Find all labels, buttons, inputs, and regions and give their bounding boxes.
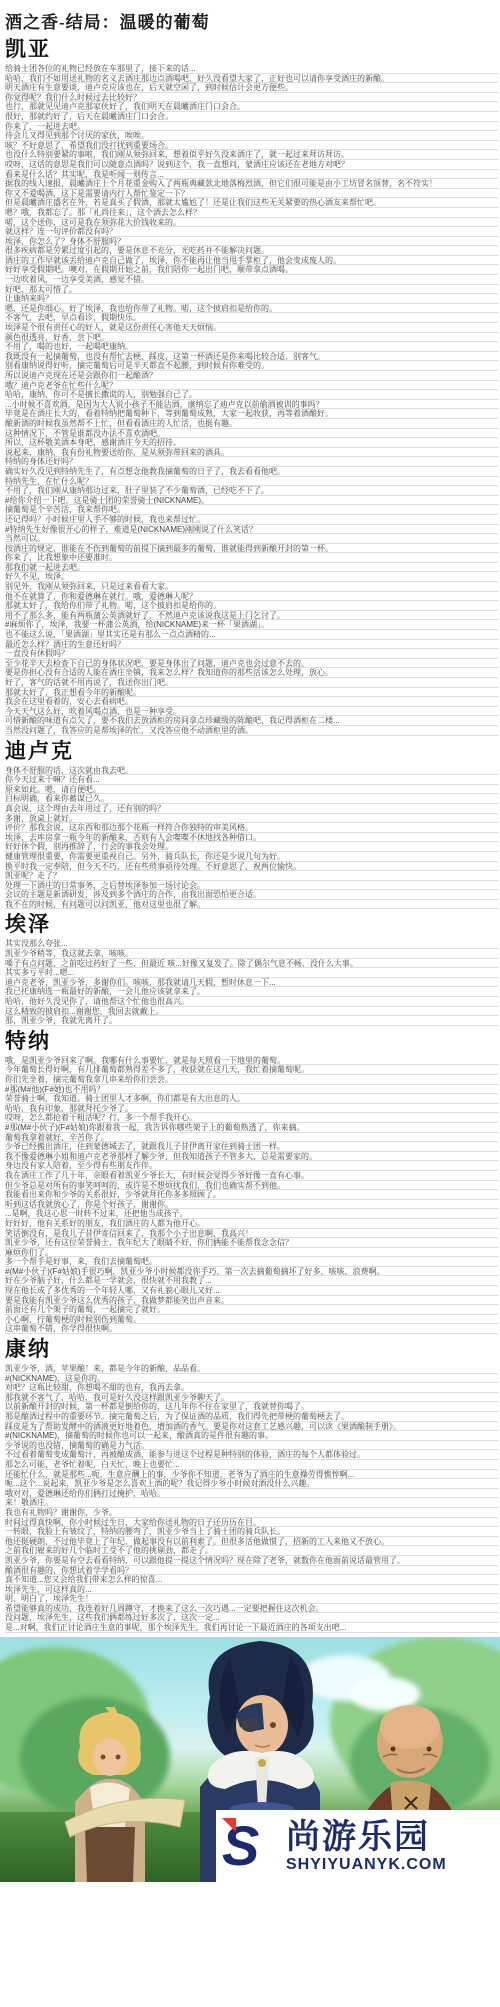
dialogue-line: 荣誉骑士啊，我知道。骑士团里人才多啊，你们都是有大出息的人。 [5, 1094, 498, 1104]
dialogue-line: 这串葡萄不错，你学得很快啊。 [5, 1324, 498, 1334]
dialogue-line: 要是你担心没有合适的人能在酒庄坐镇，我来怎么样？我知道你的那些活该怎么处理，放心… [5, 668, 498, 678]
dialogue-line: 评价？那我会说，这东西和那边那个花瓶一样符合你独特的审美风格。 [5, 823, 498, 833]
dialogue-line: 凯亚少爷，你要是有空去看看特纳，可以跟他提一提这个情况吗？现在除了老爷，就数你在… [5, 1556, 498, 1566]
dialogue-line: 那，凯亚少爷，我就先离开了。 [5, 1016, 498, 1026]
dialogue-line: 我也有礼物吗？谢谢你，少爷。 [5, 1508, 498, 1518]
dialogue-line: 小心啊，拧葡萄梗的时候别伤到葡萄。 [5, 1315, 498, 1325]
dialogue-line: 我不在的时候，有问题可以问凯亚，他对这里也很了解。 [5, 900, 498, 910]
dialogue-line: 嗯，还是你细心。好了埃泽，我也给你带了礼物。喏，这个披肩扣是给你的。 [5, 304, 498, 314]
watermark-domain: SHYIYUANYK.COM [286, 1856, 447, 1874]
dialogue-line: 我能看出来你和少爷的关系很好，少爷就拜托你多多照顾了。 [5, 1190, 498, 1200]
dialogue-line: 酿新酒的时候我虽然帮不上忙，但看看酒庄的人忙活，也挺有趣。 [5, 419, 498, 429]
dialogue-line: 好吧，那太可惜了。 [5, 285, 498, 295]
dialogue-line: 你来了，一起进去吧。 [5, 122, 498, 132]
dialogue-line: 真会说，这个理由去年用过了，还有别的吗？ [5, 804, 498, 814]
dialogue-line: 身边没有家人陪着，至少得有些朋友作伴。 [5, 1161, 498, 1171]
sections: 凯亚给骑士团各位的礼物已经放在车那里了，接下来的话...哈哈，我们不如用送礼物的… [5, 37, 498, 1633]
dialogue-line: 那就太好了，我给你们带了礼物。喏，这个披肩扣是给你的。 [5, 601, 498, 611]
dialogue-line: 明、明白了，埃泽先生！ [5, 1594, 498, 1604]
dialogue-line: 颜色很透亮，好香，尝下吧。 [5, 333, 498, 343]
dialogue-line: #(M#小伙子)(F#姑娘)手很巧啊，凯亚少爷小时候都没你手巧，第一次去摘葡萄摘… [5, 1267, 498, 1277]
dialogue-line: 少爷已经搬出酒庄，住到蒙德城去了，就跟我儿子昔伊离开家住到骑士团一样。 [5, 1142, 498, 1152]
dialogue-line: 一边吹着风，一边享受美酒，感觉不错。 [5, 275, 498, 285]
section-heading: 埃泽 [5, 912, 498, 936]
dialogue-line: 好了，客气的话就不用再说了，我送你出门吧。 [5, 678, 498, 688]
dialogue-line: 我会在这里看着的，安心去看病吧。 [5, 697, 498, 707]
dialogue-line: 其实多亏平时...嗯... [5, 968, 498, 978]
watermark-text: 尚游乐园 SHYIYUANYK.COM [286, 1818, 447, 1874]
dialogue-line: 这么精致的披肩扣...谢谢您，我回去就戴上。 [5, 1007, 498, 1017]
dialogue-line: 哦？迪卢克老爷在忙些什么呢？ [5, 381, 498, 391]
watermark-logo: S [222, 1816, 280, 1876]
logo-accent-triangle [222, 1818, 236, 1832]
dialogue-line: 喏，这个送你，这可是我在须弥花大价钱收来的。 [5, 218, 498, 228]
dialogue-line: #(NICKNAME)，摘葡萄的时候你也可以一起来，酿酒真的是件很有趣的事。 [5, 1431, 498, 1441]
dialogue-line: 所以，这杯敬美酒本身吧，感谢酒庄今天的招待。 [5, 438, 498, 448]
dialogue-line: #(NICKNAME)，这是你的。 [5, 1374, 498, 1384]
dialogue-line: 哈哈，康纳，你可不是擅长撒谎的人，别勉强自己了。 [5, 390, 498, 400]
dialogue-line: 摘葡萄是个辛苦活，我来帮你吧。 [5, 505, 498, 515]
dialogue-line: 不过看着葡萄变成葡萄汁，再被酿成酒，能参与进这个过程是种特别的体验，酒庄的每个人… [5, 1450, 498, 1460]
dialogue-line: 原来如此。嗯，请自便吧。 [5, 785, 498, 795]
dialogue-line: 那是酿酒过程中的重要环节。摘完葡萄之后，为了保证酒的品质，我们得先把带梗的葡萄梗… [5, 1412, 498, 1422]
dialogue-line: 埃泽，去库房拿一瓶今年的新酿来，否则有人会喋喋不休地找各种借口。 [5, 833, 498, 843]
dialogue-line: 那我就不客气了，哈哈，我可是好久没这样跟凯亚少爷聊天了。 [5, 1393, 498, 1403]
dialogue-line: 哎呀，这话的意思是我们可以随意点酒吗？说到这个，我一直想问，蒙酒庄应该还在老地方… [5, 160, 498, 170]
dialogue-line: 特纳先生，在忙什么呢？ [5, 477, 498, 487]
dialogue-line: 哈哈，我们不如用送礼物的名义去酒庄那边点酒喝吧，好久没看望大家了，正好也可以请你… [5, 74, 498, 84]
dialogue-line: 很多疾病都是劳累过度引起的，要是休息不充分，光吃药并不能解决问题。 [5, 246, 498, 256]
dialogue-line: 埃泽先生，可这样真的... [5, 1585, 498, 1595]
dialogue-line: 但是晨曦酒庄盛名在外，若是真买了假酒，那就太尴尬了！还是让我们这些无关紧要的热心… [5, 198, 498, 208]
dialogue-line: 其实没那么夸张... [5, 939, 498, 949]
dialogue-line: 毕竟是在酒庄长大的，看着特纳把葡萄种下，等到葡萄成熟，大家一起收获，再等着酒酿好… [5, 409, 498, 419]
dialogue-line: #麻烦你了，埃泽，我要一杯蒲公英酒，给(NICKNAME)来一杯「果酒湖」。 [5, 620, 498, 630]
dialogue-line: #那(M#他)(F#她)也不用吗？ [5, 1085, 498, 1095]
dialogue-line: 当然可以。 [5, 534, 498, 544]
watermark-brand: 尚游乐园 [286, 1818, 430, 1856]
dialogue-line: 你们先坐着，摘完葡萄我拿几串来给你们尝尝。 [5, 1075, 498, 1085]
dialogue-line: 是...对啊，我们正讨论酒庄生意的事呢，那个埃泽先生，我们再讨论一下最近酒庄的各… [5, 1623, 498, 1633]
dialogue-line: 好在少爷脑子好，什么都是一学就会，很快就不用我教了... [5, 1276, 498, 1286]
dialogue-line: 酿酒很有趣的，你想试着学学看吗？ [5, 1566, 498, 1576]
dialogue-line: 哎呀，怎么都抢着干粗活呢？行，多一个帮手我开心。 [5, 1113, 498, 1123]
dialogue-line: 咳？不好意思了，希望我们没打扰到重要场合。 [5, 141, 498, 151]
dialogue-line: 哦，是凯亚少爷回来了啊。我哪有什么事要忙，就是每天照看一下地里的葡萄。 [5, 1056, 498, 1066]
section-heading: 康纳 [5, 1337, 498, 1361]
dialogue-line: 凯亚少爷，酒，苹果酿！来，都是今年的新酿，品品看。 [5, 1364, 498, 1374]
dialogue-line: 也不能这么说，「果酒湖」里其实还是有那么一点点酒精的... [5, 630, 498, 640]
dialogue-line: 笑话倒没有，是我儿子昔伊寄信回来了，我那个小子出息啊，我高兴！ [5, 1229, 498, 1239]
dialogue-line: 身体不舒服的话，这次就由我去吧。 [5, 766, 498, 776]
dialogue-line: 埃泽是个很有责任心的好人，就是这份责任心害他天天烦恼。 [5, 323, 498, 333]
dialogue-line: 用不了那么多，能有两瓶蒲公英酒就好了，不然迪卢克该说我这是上门乞讨了。 [5, 611, 498, 621]
dialogue-line: 对吧？这瓶比较甜，你想喝不甜的也有，我再去拿。 [5, 1383, 498, 1393]
dialogue-line: 今年葡萄长得好啊，有几排葡萄都熟得差不多了，收获就在这几天，我忙着摘葡萄呢。 [5, 1065, 498, 1075]
dialogue-line: 葡萄我拿着就好，辛苦你了。 [5, 1133, 498, 1143]
dialogue-line: 真不知道...您又会给我们带来怎么样的惊喜... [5, 1575, 498, 1585]
dialogue-line: 当然没问题了，我答应的是帮埃泽的忙，又没答应他不动酒柜里的酒。 [5, 726, 498, 736]
dialogue-line: 多一个帮手是好事，来，我们去摘葡萄吧。 [5, 1257, 498, 1267]
dialogue-line: 也行，那就见见迪卢克那家伙好了，我们明天在晨曦酒庄门口会合。 [5, 102, 498, 112]
dialogue-line: 前面还有几个架子的葡萄，一起摘完了就好。 [5, 1305, 498, 1315]
section-heading: 特纳 [5, 1029, 498, 1053]
dialogue-line: 换平时我一定奉陪，但今天不巧，还有些琐事亟待处理。不好意思了，祝两位愉快。 [5, 862, 498, 872]
dialogue-line: 据我的线人速报，晨曦酒庄上个月花重金购入了两瓶典藏款北地落梅烈酒，但它们很可能是… [5, 179, 498, 189]
dialogue-line: 你今天过来干嘛？还有看... [5, 775, 498, 785]
dialogue-line: 没问题，埃泽先生，这些我们俩都练过好多次了，这次一定... [5, 1613, 498, 1623]
dialogue-line: 不客气，去吧，早点看诊，假期快乐。 [5, 313, 498, 323]
dialogue-line: 你觉得呢？我们什么时候过去比较好？ [5, 93, 498, 103]
dialogue-line: 凯亚少爷稍等，我这就去拿，咳咳。 [5, 949, 498, 959]
dialogue-line: 踩皮是为了帮助发酵中的酒液更好地着色，增加酒的香气。要是你对这套工艺感兴趣，可以… [5, 1422, 498, 1432]
dialogue-line: 会议的主题是新酒研发，涉及到多个酒庄的合作，由我出面恐怕更合适。 [5, 890, 498, 900]
dialogue-line: 特纳的身体还好吗？ [5, 457, 498, 467]
dialogue-line: 就这样？连一句评价都没有吗？ [5, 227, 498, 237]
dialogue-line: 健康管理很重要，你需要更重视自己。另外，骑兵队长，你还是少说几句为好。 [5, 852, 498, 862]
dialogue-line: 那我们就一起进去吧。 [5, 563, 498, 573]
dialogue-line: 现在他长成了多优秀的一个年轻人哪，又有礼貌心眼儿又好... [5, 1286, 498, 1296]
dialogue-line: 哦对对，爱德琳还给你们俩打过掩护，哈哈。 [5, 1489, 498, 1499]
section-heading: 凯亚 [5, 37, 498, 61]
dialogue-line: 确实好久没见到特纳先生了，有点想念他教我摘葡萄的日子了，我去看看他吧。 [5, 467, 498, 477]
article-content: 酒之香-结局：温暖的葡萄 凯亚给骑士团各位的礼物已经放在车那里了，接下来的话..… [0, 0, 500, 1633]
dialogue-line: 按酒庄的规定，谁能在不伤到葡萄的前提下摘到最多的葡萄，谁就能得到新酿开封的第一杯… [5, 544, 498, 554]
dialogue-line: 待会儿又得见到那个讨厌的家伙，唉唉。 [5, 131, 498, 141]
dialogue-line: 我在酒庄工作了几十年，亲眼看着凯亚少爷长大，有时候会觉得少爷好像一直有心事。 [5, 1171, 498, 1181]
dialogue-line: 很好，那就约好了，后天在晨曦酒庄门口会合。 [5, 112, 498, 122]
watermark: S 尚游乐园 SHYIYUANYK.COM [216, 1810, 500, 1882]
dialogue-line: 凯亚呢？走了？ [5, 871, 498, 881]
dialogue-line: ...是啊，我这心思一时转不过来，还把他当成孩子。 [5, 1209, 498, 1219]
dialogue-line: 之前我们雇来的好几个临时工受不了他的挑剔劲，都走了。 [5, 1546, 498, 1556]
dialogue-line: 一直没有休假吗？ [5, 649, 498, 659]
dialogue-line: 目标明确，看来你蓄谋已久。 [5, 794, 498, 804]
dialogue-line: 至少花半天去检查下自己的身体状况吧，要是身体出了问题，迪卢克也会过意不去的。 [5, 659, 498, 669]
game-screenshot: S 尚游乐园 SHYIYUANYK.COM [0, 1637, 500, 1882]
dialogue-line: 哈哈，他好久没见你了，请他帮这个忙他也很高兴。 [5, 997, 498, 1007]
dialogue-line: 但少爷总是对所有的事笑呵呵的，或许是不想烦扰我们，我们也确实帮不到他。 [5, 1181, 498, 1191]
dialogue-line: #那(M#小伙子)(F#姑娘)你跟着我一起，我告诉你哪些架子上的葡萄熟透了，你来… [5, 1123, 498, 1133]
dialogue-line: 凯亚少爷，还有这位荣誉骑士，我年纪大了眼睛不好，你们俩能不能帮我念念信？ [5, 1238, 498, 1248]
dialogue-line: 说起来，康纳，我有份礼物要送给你，是从须弥带回来的酒具。 [5, 448, 498, 458]
dialogue-line: 希望能够真的成功，我连着好几周蹲守，才换来了这么一次巧遇...一定要把握住这次机… [5, 1604, 498, 1614]
dialogue-line: 让康纳来吗？ [5, 294, 498, 304]
dialogue-line: 最近怎么样？酒庄的生意还好吗？ [5, 640, 498, 650]
dialogue-line: 我已托康纳选一瓶最好的新酿，一会儿他应该就拿来了。 [5, 987, 498, 997]
dialogue-line: 还能忙什么，就是那些...呃，生意应酬上的事，少爷你不知道，老爷为了酒庄的生意操… [5, 1470, 498, 1480]
dialogue-line: 好好休个假，别再推辞了，行会的事我会处理。 [5, 842, 498, 852]
dialogue-line: 所以说迪卢克现在还是会跟你们一起酿酒？ [5, 371, 498, 381]
dialogue-line: #给你介绍一下吧，这是骑士团的荣誉骑士(NICKNAME)。 [5, 496, 498, 506]
dialogue-line: 少爷说的也没错，摘葡萄的确是力气活。 [5, 1441, 498, 1451]
dialogue-line: 处理一下酒庄的日常事务，之后替埃泽参加一场讨论会。 [5, 881, 498, 891]
section-heading: 迪卢克 [5, 739, 498, 763]
dialogue-line: 看来是什么话？其实呢，我是听闻一则传言... [5, 170, 498, 180]
dialogue-line: 以前新酿开封的时候，第一杯都是倒给你的，这几年你不住在家里了，我就替你喝了。 [5, 1402, 498, 1412]
dialogue-line: 听到这话我就放心了，你是个好孩子，谢谢你。 [5, 1200, 498, 1210]
dialogue-line: 不用了，我们刚从康纳那边过来，肚子里装了不少葡萄酒，已经吃不下了。 [5, 486, 498, 496]
dialogue-line: 别看康纳说得好听，摘完葡萄后可是半天都直不起腰，到时候有你难受的。 [5, 361, 498, 371]
dialogue-line: 可惜新酿的味道有点欠了，要不我们去放酒柜的房间拿点珍藏级的陈酿吧，我记得酒柜在二… [5, 716, 498, 726]
dialogue-line: 今天天气这么好，吹着风喝点酒，也是一种享受。 [5, 707, 498, 717]
dialogue-line: 时间过得真快啊，你小时候过生日，大家给你送礼物的日子还历历在目。 [5, 1518, 498, 1528]
dialogue-line: 我不像爱德琳小姐和迪卢克老爷那样了解少爷，但我知道孩子不管多大，总是需要家的。 [5, 1152, 498, 1162]
dialogue-line: 你又不爱喝酒，这下是需要请内行人帮忙鉴定一下？ [5, 189, 498, 199]
dialogue-line: 我既没有一起摘葡萄，也没有帮忙去梗、踩皮，这第一杯酒还是你来喝比较合适，别客气。 [5, 352, 498, 362]
dialogue-line: 要是我能有凯亚少爷这么优秀的孩子，我做梦都能笑出声音来。 [5, 1296, 498, 1306]
dialogue-line: 好久不见，埃泽。 [5, 572, 498, 582]
dialogue-line: 明天酒庄有生意要谈，迪卢克应该也在，后天就空闲了，到时候估计会更方便些。 [5, 83, 498, 93]
dialogue-line: 那就太好了，我正想看今年的新酿呢。 [5, 688, 498, 698]
dialogue-line: 哈哈，我有印象，那就拜托少爷了。 [5, 1104, 498, 1114]
dialogue-line: 不用了，喝的也好，一起喝吧康纳。 [5, 342, 498, 352]
dialogue-line: 也没什么特别要紧的事啦，我们刚从须弥回来，想着似乎好久没来酒庄了，就一起过来拜访… [5, 150, 498, 160]
dialogue-line: 好好好，他有关系好的朋友，我们酒庄的人都为他开心。 [5, 1219, 498, 1229]
dialogue-line: ...小时候不喜欢酒，是因为大人说小孩子不能沾酒，康纳忘了迪卢克以前偷酒被训的事… [5, 400, 498, 410]
dialogue-line: 他不在就算了，你和爱德琳在就行。哦，爱德琳人呢？ [5, 592, 498, 602]
dialogue-line: 呃...这个...说起来，凯亚少爷是怎么喜欢上酒的呢？我记得少爷小时候对酒没什么… [5, 1479, 498, 1489]
dialogue-line: #特纳先生好像很开心的样子，难道是(NICKNAME)刚刚说了什么笑话？ [5, 525, 498, 535]
dialogue-line: 嗓子有点问题，之前吃过药好了一些，但最近 咳...好像又复发了。除了偶尔气息不畅… [5, 959, 498, 969]
dialogue-line: 麻烦你们了。 [5, 1248, 498, 1258]
dialogue-line: 埃泽，你怎么了？身体不舒服吗？ [5, 237, 498, 247]
dialogue-line: 那怎么可能，老爷忙着呢，白天忙，晚上也要忙... [5, 1460, 498, 1470]
dialogue-line: 你来了，比我想象中还要准时。 [5, 553, 498, 563]
dialogue-line: 好好享受假期吧。噢对，在假期开始之前，我们陪你一起出门吧，顺带拿点酒喝。 [5, 265, 498, 275]
parchment [60, 1782, 190, 1842]
dialogue-line: 迪卢克老爷、凯亚少爷，多谢你们。咳咳，那我就请几天假，暂时休息一下... [5, 978, 498, 988]
article-page: 酒之香-结局：温暖的葡萄 凯亚给骑士团各位的礼物已经放在车那里了，接下来的话..… [0, 0, 500, 2007]
dialogue-line: 酒庄的工作早就该丢给迪卢克自己做了，埃泽，你不能再让他当甩手掌柜了，他会变成废人… [5, 256, 498, 266]
dialogue-line: 来！敬酒庄。 [5, 1498, 498, 1508]
page-title: 酒之香-结局：温暖的葡萄 [5, 8, 498, 33]
dialogue-line: 他还挺硬朗，不过他毕竟上了年纪，做起事没有以前利索了。但很多活他做惯了，招新的工… [5, 1537, 498, 1547]
dialogue-line: 这种情况下，不管是谁都没办法不喜欢酒吧。 [5, 429, 498, 439]
dialogue-line: 多谢，放桌上就好。 [5, 814, 498, 824]
dialogue-line: 还记得吗？小时候庄里人手不够的时候，我也来帮过忙。 [5, 515, 498, 525]
dialogue-line: 嗯？哦，我都忘了。那「礼尚往来」，这个酒去怎么样？ [5, 208, 498, 218]
dialogue-line: 别见外，我刚从须弥回来，只是过来看看大家。 [5, 582, 498, 592]
dialogue-line: 给骑士团各位的礼物已经放在车那里了，接下来的话... [5, 64, 498, 74]
dialogue-line: 一转眼，我脸上有皱纹了，特纳的腰弯了，凯亚少爷当上了骑士团的骑兵队长。 [5, 1527, 498, 1537]
